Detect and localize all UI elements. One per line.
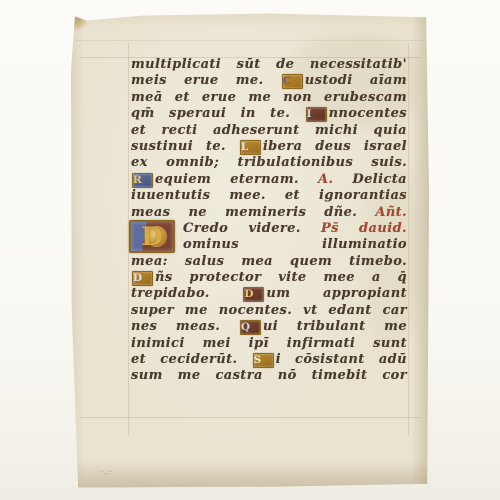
inline-initial-L: L bbox=[240, 140, 261, 155]
manuscript-leaf: multiplicati sūt de necessitatib'meis er… bbox=[71, 13, 429, 488]
pencil-inscription: ·‥· bbox=[101, 469, 113, 476]
illuminated-initial-D: D bbox=[129, 220, 175, 253]
text-line: et ceciderūt. Si cōsistant adū bbox=[131, 352, 407, 368]
text-line: sustinui te. Libera deus israel bbox=[131, 139, 407, 155]
crease-line bbox=[76, 40, 423, 41]
text-segment: nnocentes bbox=[329, 106, 407, 121]
text-segment: inimici mei ipī infirmati sunt bbox=[131, 336, 407, 351]
inline-initial-S: S bbox=[253, 353, 274, 368]
text-segment: um appropiant bbox=[266, 286, 407, 301]
drop-cap-letter: D bbox=[131, 222, 173, 251]
text-segment: equiem eternam. bbox=[155, 172, 318, 187]
text-segment: i cōsistant adū bbox=[276, 352, 407, 367]
text-segment: qm̄ speraui in te. bbox=[131, 106, 305, 121]
text-line: meas ne memineris dñe. Añt. bbox=[131, 205, 407, 221]
photo-background: multiplicati sūt de necessitatib'meis er… bbox=[0, 0, 500, 500]
text-line: et recti adheserunt michi quia bbox=[131, 123, 407, 139]
text-segment: ominus illuminatio bbox=[183, 237, 407, 252]
text-segment: nes meas. bbox=[131, 319, 239, 334]
text-line: trepidabo. Dum appropiant bbox=[131, 286, 407, 302]
text-line: ex omnib; tribulationibus suis. bbox=[131, 155, 407, 171]
text-segment: Añt. bbox=[375, 205, 407, 220]
text-segment: meas ne memineris dñe. bbox=[131, 205, 375, 220]
text-line: iuuentutis mee. et ignorantias bbox=[131, 188, 407, 204]
text-segment: meis erue me. bbox=[131, 73, 281, 88]
text-segment: iuuentutis mee. et ignorantias bbox=[131, 188, 407, 203]
text-line: mea: salus mea quem timebo. bbox=[131, 254, 407, 270]
text-segment: A. bbox=[318, 172, 333, 187]
text-segment: Credo videre. bbox=[183, 221, 321, 236]
text-segment: Delicta bbox=[333, 172, 407, 187]
inline-initial-R: R bbox=[132, 173, 153, 188]
text-segment: super me nocentes. vt edant car bbox=[131, 303, 407, 318]
text-line: sum me castra nō timebit cor bbox=[131, 368, 407, 384]
text-segment: et ceciderūt. bbox=[131, 352, 252, 367]
text-line: Dñs protector vite mee a q̄ bbox=[131, 270, 407, 286]
text-segment: sustinui te. bbox=[131, 139, 239, 154]
inline-initial-C: C bbox=[282, 74, 303, 89]
text-line: nes meas. Qui tribulant me bbox=[131, 319, 407, 335]
text-segment: ustodi aīam bbox=[305, 73, 407, 88]
ruling-line-vertical-right bbox=[408, 43, 409, 435]
text-line: meis erue me. Custodi aīam bbox=[131, 73, 407, 89]
text-segment: mea: salus mea quem timebo. bbox=[131, 254, 407, 269]
text-line: super me nocentes. vt edant car bbox=[131, 303, 407, 319]
text-line: inimici mei ipī infirmati sunt bbox=[131, 336, 407, 352]
text-segment: et recti adheserunt michi quia bbox=[131, 123, 407, 138]
text-segment: Ps̄ dauid. bbox=[321, 221, 407, 236]
text-segment: sum me castra nō timebit cor bbox=[131, 368, 407, 383]
text-line: qm̄ speraui in te. Innocentes bbox=[131, 106, 407, 122]
inline-initial-Q: Q bbox=[240, 320, 261, 335]
inline-initial-D: D bbox=[132, 271, 153, 286]
text-line: multiplicati sūt de necessitatib' bbox=[131, 57, 407, 73]
text-segment: ibera deus israel bbox=[263, 139, 407, 154]
text-line: Requiem eternam. A. Delicta bbox=[131, 172, 407, 188]
text-segment: ui tribulant me bbox=[263, 319, 407, 334]
inline-initial-D: D bbox=[243, 287, 264, 302]
text-segment: meā et erue me non erubescam bbox=[131, 90, 407, 105]
ruling-line-horizontal-bottom bbox=[80, 417, 420, 418]
text-line: meā et erue me non erubescam bbox=[131, 90, 407, 106]
text-segment: trepidabo. bbox=[131, 286, 242, 301]
corner-stain bbox=[72, 15, 89, 30]
text-segment: multiplicati sūt de necessitatib' bbox=[131, 57, 407, 72]
text-segment: ñs protector vite mee a q̄ bbox=[155, 270, 407, 285]
text-segment: ex omnib; tribulationibus suis. bbox=[131, 155, 407, 170]
inline-initial-I: I bbox=[306, 107, 327, 122]
